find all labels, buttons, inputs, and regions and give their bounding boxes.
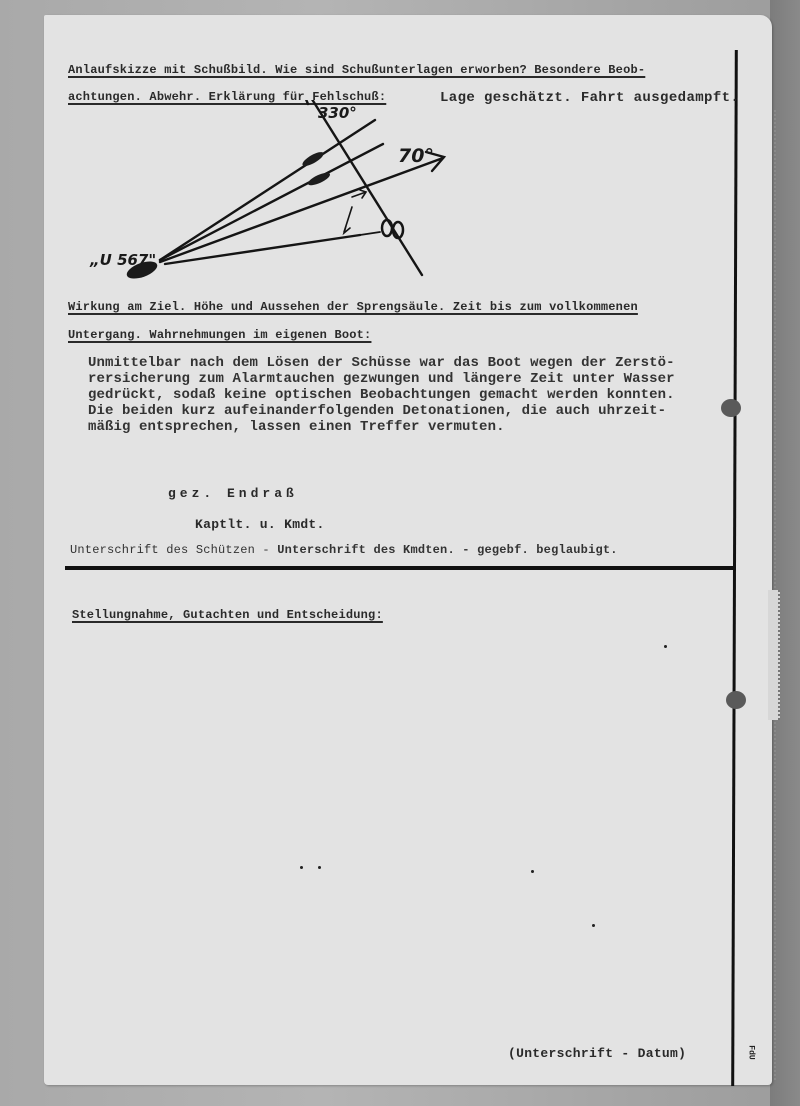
torpedo-track-2 [160, 144, 383, 260]
torn-paper-edge [768, 590, 780, 720]
section-divider [65, 566, 735, 570]
effect-heading-line-1: Wirkung am Ziel. Höhe und Aussehen der S… [68, 300, 638, 314]
effect-report-text: Unmittelbar nach dem Lösen der Schüsse w… [88, 355, 748, 435]
dust-speck [531, 870, 534, 873]
report-line: rersicherung zum Alarmtauchen gezwungen … [88, 371, 748, 387]
signature-date-label: (Unterschrift - Datum) [508, 1046, 686, 1061]
report-line: Die beiden kurz aufeinanderfolgenden Det… [88, 403, 748, 419]
boat-label: „U 567" [89, 251, 156, 269]
report-line: Unmittelbar nach dem Lösen der Schüsse w… [88, 355, 748, 371]
signature-caption-shooter: Unterschrift des Schützen - [70, 543, 277, 557]
angle-70-label: 70° [398, 145, 434, 167]
dust-speck [318, 866, 321, 869]
torpedo-1-icon [301, 150, 326, 169]
signed-name: gez. Endraß [168, 486, 298, 501]
opinion-heading: Stellungnahme, Gutachten und Entscheidun… [72, 608, 383, 622]
signer-rank: Kaptlt. u. Kmdt. [195, 517, 325, 532]
dust-speck [664, 645, 667, 648]
punch-hole-lower [726, 691, 746, 709]
report-line: gedrückt, sodaß keine optischen Beobacht… [88, 387, 748, 403]
attack-sketch-diagram: 330° 70° „U 567" [60, 100, 480, 290]
bearing-line-70 [160, 158, 443, 262]
angle-330-label: 330° [318, 104, 357, 122]
signature-caption: Unterschrift des Schützen - Unterschrift… [70, 543, 618, 557]
torpedo-track-1 [160, 120, 375, 260]
sketch-heading-line-1: Anlaufskizze mit Schußbild. Wie sind Sch… [68, 63, 645, 77]
margin-initials: FdU [747, 1045, 756, 1059]
effect-heading-line-2: Untergang. Wahrnehmungen im eigenen Boot… [68, 328, 371, 342]
report-line: mäßig entsprechen, lassen einen Treffer … [88, 419, 748, 435]
target-ship-icon [382, 220, 392, 236]
dust-speck [300, 866, 303, 869]
signature-caption-commander: Unterschrift des Kmdten. - gegebf. begla… [277, 543, 617, 557]
torpedo-2-icon [306, 170, 331, 187]
sketch-answer: Lage geschätzt. Fahrt ausgedampft. [440, 90, 739, 106]
dust-speck [592, 924, 595, 927]
